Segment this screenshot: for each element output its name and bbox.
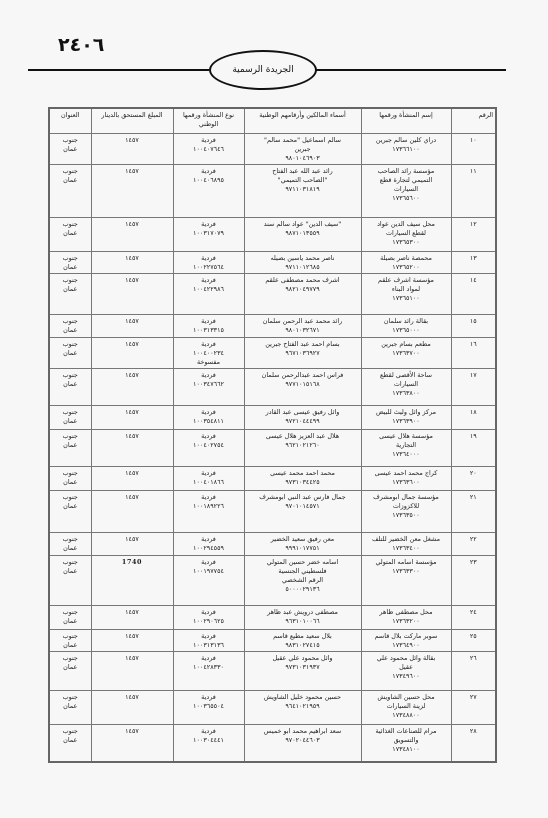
address-line: جنوب (52, 535, 89, 544)
establishment-line: السيارات (364, 185, 449, 194)
row-number: ١١ (470, 167, 477, 175)
type-line: فردية (176, 408, 242, 417)
table-header-row: الرقم إسم المنشأة ورقمها أسماء المالكين … (49, 108, 496, 134)
address-line: عمان (52, 502, 89, 511)
address-line: جنوب (52, 693, 89, 702)
type-line: فردية (176, 136, 242, 145)
type-line: فردية (176, 371, 242, 380)
address-line: عمان (52, 326, 89, 335)
type-cell: فردية١٠٠١٩٧٧٥٤ (173, 556, 244, 606)
owners-line: معن رفيق سعيد الخضير (247, 535, 359, 544)
header-owners: أسماء المالكين وأرقامهم الوطنية (244, 108, 361, 134)
owners-cell: معن رفيق سعيد الخضير٩٩٩١٠١٧٧٥١ (244, 533, 361, 556)
row-number: ١٢ (470, 220, 477, 228)
establishment-line: التجارية (364, 441, 449, 450)
amount-value: ١٤٥٧ (125, 317, 139, 325)
owners-line: سعد ابراهيم محمد ابو خميس (247, 727, 359, 736)
amount-cell: ١٤٥٧ (91, 533, 173, 556)
type-line: فردية (176, 558, 242, 567)
address-line: جنوب (52, 654, 89, 663)
amount-cell: ١٤٥٧ (91, 630, 173, 652)
row-number-cell: ١٣ (451, 252, 496, 274)
address-line: عمان (52, 417, 89, 426)
row-number-cell: ٢٧ (451, 691, 496, 725)
address-cell: جنوبعمان (49, 406, 91, 430)
establishment-line: بقالة رائد سلمان (364, 317, 449, 326)
row-number: ١٨ (470, 408, 477, 416)
header-rule-right (316, 69, 506, 71)
owners-line: ٩٨٢١٠٤٩٧٧٩ (247, 285, 359, 294)
owners-line: بسام احمد عبد الفتاح جبرين (247, 340, 359, 349)
row-number: ٢٠ (470, 469, 477, 477)
table-row: ٢٧محل حسين الشاويشلزينة السيارات١٧٣٤٨٨٠٠… (49, 691, 496, 725)
address-line: عمان (52, 663, 89, 672)
table-row: ١٥بقالة رائد سلمان١٧٣٦٥٠٠٠رائد محمد عبد … (49, 315, 496, 338)
header-rule-left (28, 69, 209, 71)
establishment-line: ١٧٣٦٥٣٠٠ (364, 238, 449, 247)
owners-cell: محمد احمد محمد عيسى٩٧٣١٠٣٤٤٢٥ (244, 467, 361, 491)
owners-line: حسين محمود خليل الشاويش (247, 693, 359, 702)
owners-line: ٩٦٣١٠١٠٠٦٦ (247, 617, 359, 626)
type-line: مفسوخة (176, 358, 242, 367)
type-cell: فردية١٠٠٤٠٢٧٥٤ (173, 430, 244, 467)
amount-value: ١٤٥٧ (125, 432, 139, 440)
establishment-line: مؤسسة اشرف علقم (364, 276, 449, 285)
establishment-line: ١٧٣٤٩٦٠٠ (364, 672, 449, 681)
establishment-cell: دراي كلين سالم جبرين١٧٣٦٦١٠٠ (361, 134, 451, 165)
owners-line: ناصر محمد ياسين بصيله (247, 254, 359, 263)
establishment-cell: مركز وائل وليث للبيض١٧٣٦٣٩٠٠ (361, 406, 451, 430)
type-cell: فردية١٠٠٣٥٤٨١١ (173, 406, 244, 430)
establishments-table: الرقم إسم المنشأة ورقمها أسماء المالكين … (48, 107, 497, 763)
type-line: فردية (176, 469, 242, 478)
owners-line: ٩٧١١٠١٢٦٨٥ (247, 263, 359, 272)
type-cell: فردية١٠٠٤٠٠٢٣٤مفسوخة (173, 338, 244, 369)
type-cell: فردية١٠٠٤٢٢٩٨٦ (173, 274, 244, 315)
owners-cell: وائل رفيق عيسى عبد القادر٩٧٢١٠٤٤٤٩٩ (244, 406, 361, 430)
type-line: فردية (176, 220, 242, 229)
type-line: ١٠٠٤٠٠٢٣٤ (176, 349, 242, 358)
amount-cell: ١٤٥٧ (91, 691, 173, 725)
address-line: جنوب (52, 276, 89, 285)
address-line: عمان (52, 641, 89, 650)
owners-cell: سعد ابراهيم محمد ابو خميس٩٧٠٢٠٤٤٦٠٣ (244, 725, 361, 762)
owners-cell: جمال فارس عبد النبي ابومشرف٩٧٠١٠١٤٥٧١ (244, 491, 361, 533)
header-address: العنوان (49, 108, 91, 134)
establishment-line: ١٧٣٦٣٤٠٠ (364, 544, 449, 553)
address-line: عمان (52, 380, 89, 389)
owners-cell: اشرف محمد مصطفى علقم٩٨٢١٠٤٩٧٧٩ (244, 274, 361, 315)
amount-value: ١٤٥٧ (125, 167, 139, 175)
address-line: جنوب (52, 408, 89, 417)
address-line: جنوب (52, 317, 89, 326)
row-number-cell: ١٩ (451, 430, 496, 467)
establishment-line: محل حسين الشاويش (364, 693, 449, 702)
establishment-line: ١٧٣٦٥١٠٠ (364, 294, 449, 303)
address-line: جنوب (52, 558, 89, 567)
address-line: جنوب (52, 220, 89, 229)
type-line: ١٠٠٣١٣٣١٥ (176, 326, 242, 335)
table-row: ١٢محل سيف الدين عوادلقطع السيارات١٧٣٦٥٣٠… (49, 218, 496, 252)
owners-line: ٥٠٠٠٠٢٩١٣٦ (247, 585, 359, 594)
address-line: عمان (52, 617, 89, 626)
address-cell: جنوبعمان (49, 134, 91, 165)
establishment-line: سوبر ماركت بلال قاسم (364, 632, 449, 641)
type-line: ١٠٠٤٢٢٩٨٦ (176, 285, 242, 294)
owners-cell: سالم اسماعيل "محمد سالم"جبرين٩٨٠١٠٤٦٩٠٣ (244, 134, 361, 165)
owners-line: ٩٧٣١٠٣١٩٣٧ (247, 663, 359, 672)
amount-value: ١٤٥٧ (125, 340, 139, 348)
type-line: ١٠٠٣٦٥٥٠٤ (176, 702, 242, 711)
table-row: ١٧ساحة الأقصى لقطعالسيارات١٧٣٦٣٨٠٠فراس ا… (49, 369, 496, 406)
amount-value: ١٤٥٧ (125, 632, 139, 640)
type-cell: فردية١٠٠٤٠٧٦٤٦ (173, 134, 244, 165)
row-number-cell: ١٠ (451, 134, 496, 165)
owners-line: اشرف محمد مصطفى علقم (247, 276, 359, 285)
establishment-line: ١٧٣٦٤٠٠٠ (364, 450, 449, 459)
address-cell: جنوبعمان (49, 369, 91, 406)
owners-cell: بلال سعيد مطيع قاسم٩٨٣١٠٢٧٤١٥ (244, 630, 361, 652)
table-row: ١٣محمصة ناصر بصيلة١٧٣٦٥٢٠٠ناصر محمد ياسي… (49, 252, 496, 274)
address-cell: جنوبعمان (49, 252, 91, 274)
owners-line: ٩٨٠١٠٤٦٩٠٣ (247, 154, 359, 163)
owners-line: فراس احمد عبدالرحمن سلمان (247, 371, 359, 380)
amount-cell: ١٤٥٧ (91, 606, 173, 630)
owners-cell: حسين محمود خليل الشاويش٩٦٤١٠٢١٩٥٩ (244, 691, 361, 725)
amount-cell: ١٤٥٧ (91, 218, 173, 252)
type-line: ١٠٠٢٩٠٦٢٥ (176, 617, 242, 626)
type-line: ١٠٠٣١٧٠٧٩ (176, 229, 242, 238)
address-line: جنوب (52, 371, 89, 380)
amount-cell: ١٤٥٧ (91, 430, 173, 467)
address-cell: جنوبعمان (49, 430, 91, 467)
type-cell: فردية١٠٠٢٩٠٦٢٥ (173, 606, 244, 630)
amount-cell: ١٤٥٧ (91, 338, 173, 369)
establishment-cell: مؤسسة جمال ابومشرفللاكزوزات١٧٣٦٣٥٠٠ (361, 491, 451, 533)
row-number: ١٦ (470, 340, 477, 348)
address-line: عمان (52, 263, 89, 272)
table-row: ٢٨مرام للصناعات الغذائيةوالتسويق١٧٣٤٨١٠٠… (49, 725, 496, 762)
establishment-line: ١٧٣٦٣٧٠٠ (364, 349, 449, 358)
establishment-line: دراي كلين سالم جبرين (364, 136, 449, 145)
header-number: الرقم (451, 108, 496, 134)
establishment-cell: محل سيف الدين عوادلقطع السيارات١٧٣٦٥٣٠٠ (361, 218, 451, 252)
amount-cell: ١٤٥٧ (91, 165, 173, 218)
establishment-line: ١٧٣٦٥٢٠٠ (364, 263, 449, 272)
address-line: عمان (52, 229, 89, 238)
amount-cell: ١٤٥٧ (91, 491, 173, 533)
establishment-line: التميمي لتجارة قطع (364, 176, 449, 185)
amount-cell: ١٤٥٧ (91, 274, 173, 315)
address-line: جنوب (52, 167, 89, 176)
amount-cell: ١٤٥٧ (91, 652, 173, 691)
address-cell: جنوبعمان (49, 691, 91, 725)
address-line: عمان (52, 736, 89, 745)
type-line: ١٠٠١٨٩٢٢٦ (176, 502, 242, 511)
owners-line: ٩٦٢١٠٢١٢٦٠ (247, 441, 359, 450)
establishment-line: محمصة ناصر بصيلة (364, 254, 449, 263)
address-line: جنوب (52, 632, 89, 641)
establishment-line: ١٧٣٦٣٢٠٠ (364, 617, 449, 626)
owners-cell: وائل محمود علي عقيل٩٧٣١٠٣١٩٣٧ (244, 652, 361, 691)
amount-value: ١٤٥٧ (125, 254, 139, 262)
address-cell: جنوبعمان (49, 556, 91, 606)
type-line: ١٠٠٢٢٧٥٦٤ (176, 263, 242, 272)
address-line: عمان (52, 478, 89, 487)
address-cell: جنوبعمان (49, 467, 91, 491)
row-number-cell: ٢٤ (451, 606, 496, 630)
address-line: جنوب (52, 469, 89, 478)
table-body: ١٠دراي كلين سالم جبرين١٧٣٦٦١٠٠سالم اسماع… (49, 134, 496, 762)
establishment-cell: مؤسسة رائد الصاحبالتميمي لتجارة قطعالسيا… (361, 165, 451, 218)
type-line: فردية (176, 317, 242, 326)
owners-line: جبرين (247, 145, 359, 154)
type-line: فردية (176, 608, 242, 617)
type-cell: فردية١٠٠١٨٩٢٢٦ (173, 491, 244, 533)
establishment-line: والتسويق (364, 736, 449, 745)
table-row: ٢٥سوبر ماركت بلال قاسم١٧٣٦٤٩٠٠بلال سعيد … (49, 630, 496, 652)
masthead-oval: الجريدة الرسمية (209, 50, 317, 90)
establishment-line: مركز وائل وليث للبيض (364, 408, 449, 417)
address-cell: جنوبعمان (49, 315, 91, 338)
type-line: ١٠٠٣١٣١٣٦ (176, 641, 242, 650)
address-line: جنوب (52, 254, 89, 263)
owners-line: الرقم الشخصي (247, 576, 359, 585)
establishment-line: مشغل معن الخضير للتلف (364, 535, 449, 544)
address-line: جنوب (52, 493, 89, 502)
row-number-cell: ٢١ (451, 491, 496, 533)
amount-cell: ١٤٥٧ (91, 134, 173, 165)
amount-cell: ١٤٥٧ (91, 725, 173, 762)
amount-cell: ١٤٥٧ (91, 315, 173, 338)
type-cell: فردية١٠٠٣٤٧٦٦٢ (173, 369, 244, 406)
table-row: ٢٤محل مصطفى ظاهر١٧٣٦٣٢٠٠مصطفى درويش عبد … (49, 606, 496, 630)
owners-line: ٩٩٩١٠١٧٧٥١ (247, 544, 359, 553)
establishment-cell: مطعم بسام جبرين١٧٣٦٣٧٠٠ (361, 338, 451, 369)
establishment-line: ١٧٣٦٣٥٠٠ (364, 511, 449, 520)
amount-cell: 1740 (91, 556, 173, 606)
address-line: عمان (52, 567, 89, 576)
table-row: ١١مؤسسة رائد الصاحبالتميمي لتجارة قطعالس… (49, 165, 496, 218)
type-cell: فردية١٠٠٤٠١٨٦٦ (173, 467, 244, 491)
establishment-line: محل مصطفى ظاهر (364, 608, 449, 617)
address-line: عمان (52, 349, 89, 358)
row-number: ٢١ (470, 493, 477, 501)
owners-line: وائل رفيق عيسى عبد القادر (247, 408, 359, 417)
owners-line: ٩٧٧١٠١٥١٦٨ (247, 380, 359, 389)
establishment-line: مؤسسة هلال عيسى (364, 432, 449, 441)
owners-cell: رائد عبد الله عبد الفتاح"الصاحب التميمي"… (244, 165, 361, 218)
address-cell: جنوبعمان (49, 533, 91, 556)
table-row: ١٤مؤسسة اشرف علقملمواد البناء١٧٣٦٥١٠٠اشر… (49, 274, 496, 315)
establishment-line: ١٧٣٦٣٩٠٠ (364, 417, 449, 426)
establishment-cell: سوبر ماركت بلال قاسم١٧٣٦٤٩٠٠ (361, 630, 451, 652)
owners-line: رائد عبد الله عبد الفتاح (247, 167, 359, 176)
owners-line: ٩٨٧١٠١٣٥٥٩ (247, 229, 359, 238)
address-line: عمان (52, 145, 89, 154)
establishment-cell: ساحة الأقصى لقطعالسيارات١٧٣٦٣٨٠٠ (361, 369, 451, 406)
type-line: ١٠٠٤٢٨٣٣٠ (176, 663, 242, 672)
type-cell: فردية١٠٠٢٩٤٥٥٩ (173, 533, 244, 556)
type-line: فردية (176, 276, 242, 285)
type-line: ١٠٠٣٤٧٦٦٢ (176, 380, 242, 389)
type-line: ١٠٠٤٠٦٨٩٥ (176, 176, 242, 185)
owners-cell: ناصر محمد ياسين بصيله٩٧١١٠١٢٦٨٥ (244, 252, 361, 274)
type-line: ١٠٠٢٩٤٥٥٩ (176, 544, 242, 553)
establishment-line: مرام للصناعات الغذائية (364, 727, 449, 736)
establishment-cell: محمصة ناصر بصيلة١٧٣٦٥٢٠٠ (361, 252, 451, 274)
establishment-cell: محل مصطفى ظاهر١٧٣٦٣٢٠٠ (361, 606, 451, 630)
amount-value: ١٤٥٧ (125, 493, 139, 501)
type-line: فردية (176, 654, 242, 663)
address-line: عمان (52, 176, 89, 185)
type-cell: فردية١٠٠٤٢٨٣٣٠ (173, 652, 244, 691)
row-number: ١٤ (470, 276, 477, 284)
row-number: ٢٤ (470, 608, 477, 616)
establishment-line: محل سيف الدين عواد (364, 220, 449, 229)
type-line: فردية (176, 535, 242, 544)
establishment-line: ١٧٣٦٦١٠٠ (364, 145, 449, 154)
type-line: ١٠٠٤٠١٨٦٦ (176, 478, 242, 487)
owners-line: ٩٨٣١٠٢٧٤١٥ (247, 641, 359, 650)
establishment-line: لقطع السيارات (364, 229, 449, 238)
establishment-line: ١٧٣٦٣٦٠٠ (364, 478, 449, 487)
header-type: نوع المنشأة ورقمها الوطني (173, 108, 244, 134)
row-number: ٢٧ (470, 693, 477, 701)
row-number: ١٧ (470, 371, 477, 379)
row-number: ٢٨ (470, 727, 477, 735)
amount-value: ١٤٥٧ (125, 693, 139, 701)
row-number: ١٩ (470, 432, 477, 440)
establishment-line: بقالة وائل محمود علي (364, 654, 449, 663)
row-number-cell: ٢٥ (451, 630, 496, 652)
owners-line: ٩٧٢١٠٤٤٤٩٩ (247, 417, 359, 426)
table-row: ٢٦بقالة وائل محمود عليعقيل١٧٣٤٩٦٠٠وائل م… (49, 652, 496, 691)
type-line: فردية (176, 254, 242, 263)
amount-value: ١٤٥٧ (125, 371, 139, 379)
type-line: فردية (176, 493, 242, 502)
establishment-line: مطعم بسام جبرين (364, 340, 449, 349)
owners-line: وائل محمود علي عقيل (247, 654, 359, 663)
type-line: فردية (176, 167, 242, 176)
type-cell: فردية١٠٠٣١٣١٣٦ (173, 630, 244, 652)
establishment-cell: مشغل معن الخضير للتلف١٧٣٦٣٤٠٠ (361, 533, 451, 556)
owners-line: جمال فارس عبد النبي ابومشرف (247, 493, 359, 502)
row-number-cell: ٢٢ (451, 533, 496, 556)
owners-line: ٩٧٣١٠٣٤٤٢٥ (247, 478, 359, 487)
address-cell: جنوبعمان (49, 725, 91, 762)
establishment-line: عقيل (364, 663, 449, 672)
address-line: عمان (52, 441, 89, 450)
header-establishment-name: إسم المنشأة ورقمها (361, 108, 451, 134)
establishment-line: ١٧٣٦٣٨٠٠ (364, 389, 449, 398)
type-cell: فردية١٠٠٣١٣٣١٥ (173, 315, 244, 338)
row-number-cell: ٢٦ (451, 652, 496, 691)
owners-line: ٩٦٤١٠٢١٩٥٩ (247, 702, 359, 711)
address-cell: جنوبعمان (49, 606, 91, 630)
amount-cell: ١٤٥٧ (91, 252, 173, 274)
row-number: ٢٦ (470, 654, 477, 662)
type-line: فردية (176, 432, 242, 441)
row-number: ١٠ (470, 136, 477, 144)
owners-cell: اسامه خضر حسين المتوليفلسطيني الجنسيةالر… (244, 556, 361, 606)
establishment-line: ١٧٣٦٤٩٠٠ (364, 641, 449, 650)
owners-line: رائد محمد عبد الرحمن سلمان (247, 317, 359, 326)
type-cell: فردية١٠٠٤٠٦٨٩٥ (173, 165, 244, 218)
establishment-cell: مؤسسة هلال عيسىالتجارية١٧٣٦٤٠٠٠ (361, 430, 451, 467)
owners-line: ٩٦٧١٠٣٦٩٢٧ (247, 349, 359, 358)
amount-value: ١٤٥٧ (125, 408, 139, 416)
table-row: ٢٠كراج محمد احمد عيسى١٧٣٦٣٦٠٠محمد احمد م… (49, 467, 496, 491)
masthead-title: الجريدة الرسمية (232, 65, 293, 75)
owners-line: فلسطيني الجنسية (247, 567, 359, 576)
owners-line: سالم اسماعيل "محمد سالم" (247, 136, 359, 145)
establishment-line: ١٧٣٦٥٦٠٠ (364, 194, 449, 203)
type-line: ١٠٠٤٠٧٦٤٦ (176, 145, 242, 154)
establishment-cell: مرام للصناعات الغذائيةوالتسويق١٧٣٤٨١٠٠ (361, 725, 451, 762)
establishment-cell: بقالة رائد سلمان١٧٣٦٥٠٠٠ (361, 315, 451, 338)
owners-cell: بسام احمد عبد الفتاح جبرين٩٦٧١٠٣٦٩٢٧ (244, 338, 361, 369)
row-number-cell: ٢٠ (451, 467, 496, 491)
address-line: جنوب (52, 608, 89, 617)
type-cell: فردية١٠٠٣١٧٠٧٩ (173, 218, 244, 252)
amount-value: ١٤٥٧ (125, 276, 139, 284)
owners-line: ٩٧٠١٠١٤٥٧١ (247, 502, 359, 511)
owners-cell: "سيف الدين" عواد سالم سند٩٨٧١٠١٣٥٥٩ (244, 218, 361, 252)
type-line: فردية (176, 340, 242, 349)
owners-cell: مصطفى درويش عبد ظاهر٩٦٣١٠١٠٠٦٦ (244, 606, 361, 630)
establishment-cell: مؤسسة اسامه المتولي١٧٣٦٣٣٠٠ (361, 556, 451, 606)
establishment-line: مؤسسة رائد الصاحب (364, 167, 449, 176)
amount-cell: ١٤٥٧ (91, 369, 173, 406)
row-number-cell: ١٦ (451, 338, 496, 369)
row-number-cell: ٢٣ (451, 556, 496, 606)
address-cell: جنوبعمان (49, 274, 91, 315)
address-cell: جنوبعمان (49, 630, 91, 652)
address-line: عمان (52, 702, 89, 711)
table-row: ٢٢مشغل معن الخضير للتلف١٧٣٦٣٤٠٠معن رفيق … (49, 533, 496, 556)
establishment-line: السيارات (364, 380, 449, 389)
owners-line: ٩٧٠٢٠٤٤٦٠٣ (247, 736, 359, 745)
type-line: ١٠٠٣٠٤٤٤١ (176, 736, 242, 745)
establishment-line: مؤسسة اسامه المتولي (364, 558, 449, 567)
type-line: فردية (176, 727, 242, 736)
table-row: ١٠دراي كلين سالم جبرين١٧٣٦٦١٠٠سالم اسماع… (49, 134, 496, 165)
amount-value: 1740 (122, 558, 142, 566)
row-number: ١٥ (470, 317, 477, 325)
address-line: عمان (52, 544, 89, 553)
establishment-cell: كراج محمد احمد عيسى١٧٣٦٣٦٠٠ (361, 467, 451, 491)
owners-line: هلال عبد العزيز هلال عيسى (247, 432, 359, 441)
address-line: عمان (52, 285, 89, 294)
table-row: ٢١مؤسسة جمال ابومشرفللاكزوزات١٧٣٦٣٥٠٠جما… (49, 491, 496, 533)
type-cell: فردية١٠٠٢٢٧٥٦٤ (173, 252, 244, 274)
address-line: جنوب (52, 727, 89, 736)
type-cell: فردية١٠٠٣٠٤٤٤١ (173, 725, 244, 762)
row-number: ٢٢ (470, 535, 477, 543)
address-cell: جنوبعمان (49, 338, 91, 369)
amount-value: ١٤٥٧ (125, 608, 139, 616)
row-number-cell: ١٤ (451, 274, 496, 315)
owners-line: ٩٧١١٠٣١٨١٩ (247, 185, 359, 194)
type-line: ١٠٠٤٠٢٧٥٤ (176, 441, 242, 450)
establishment-cell: مؤسسة اشرف علقملمواد البناء١٧٣٦٥١٠٠ (361, 274, 451, 315)
establishment-line: ساحة الأقصى لقطع (364, 371, 449, 380)
establishment-line: للاكزوزات (364, 502, 449, 511)
establishment-line: كراج محمد احمد عيسى (364, 469, 449, 478)
amount-value: ١٤٥٧ (125, 469, 139, 477)
establishment-line: ١٧٣٤٨١٠٠ (364, 745, 449, 754)
